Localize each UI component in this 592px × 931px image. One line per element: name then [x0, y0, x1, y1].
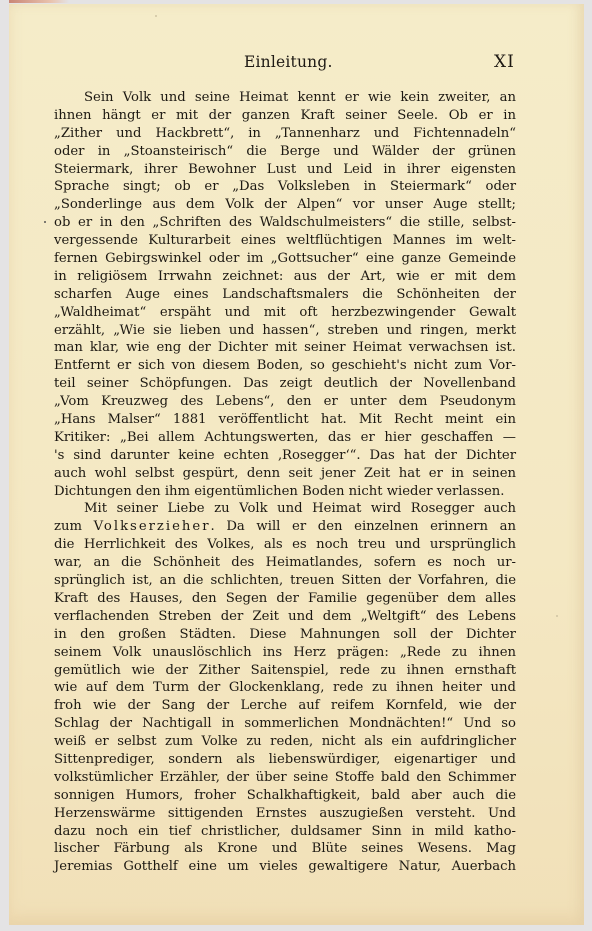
text-line: Schlag der Nachtigall in sommerlichen Mo…: [54, 715, 516, 733]
text-line: teil seiner Schöpfungen. Das zeigt deutl…: [54, 375, 516, 393]
text-line: Sprache singt; ob er „Das Volksleben in …: [54, 178, 516, 196]
text-line: „Waldheimat“ erspäht und mit oft herzbez…: [54, 304, 516, 322]
text-line: weiß er selbst zum Volke zu reden, nicht…: [54, 733, 516, 751]
page-number: XI: [494, 52, 515, 72]
margin-dot: [44, 221, 46, 223]
emphasized-word: Volkserzieher: [94, 519, 211, 534]
text-line: in den großen Städten. Diese Mahnungen s…: [54, 626, 516, 644]
text-line: wie auf dem Turm der Glockenklang, rede …: [54, 679, 516, 697]
text-line: fernen Gebirgswinkel oder im „Gottsucher…: [54, 250, 516, 268]
text-line: ob er in den „Schriften des Waldschulmei…: [54, 214, 516, 232]
text-line: ihnen hängt er mit der ganzen Kraft sein…: [54, 107, 516, 125]
paper-speck: [556, 615, 558, 617]
text-line: war, an die Schönheit des Heimatlandes, …: [54, 554, 516, 572]
page-corner-mark: [9, 0, 69, 3]
text-line: „Zither und Hackbrett“, in „Tannenharz u…: [54, 125, 516, 143]
text-line: erzählt, „Wie sie lieben und hassen“, st…: [54, 322, 516, 340]
text-line: Kraft des Hauses, den Segen der Familie …: [54, 590, 516, 608]
text-line: „Vom Kreuzweg des Lebens“, den er unter …: [54, 393, 516, 411]
text-line: Dichtungen den ihm eigentümlichen Boden …: [54, 483, 516, 501]
text-line: Herzenswärme sittigenden Ernstes auszugi…: [54, 805, 516, 823]
text-line: lischer Färbung als Krone und Blüte sein…: [54, 840, 516, 858]
text-line: in religiösem Irrwahn zeichnet: aus der …: [54, 268, 516, 286]
text-line: Entfernt er sich von diesem Boden, so ge…: [54, 357, 516, 375]
text-line: oder in „Stoansteirisch“ die Berge und W…: [54, 143, 516, 161]
text-line: auch wohl selbst gespürt, denn seit jene…: [54, 465, 516, 483]
text-line: seinem Volk unauslöschlich ins Herz präg…: [54, 644, 516, 662]
text-line: zum Volkserzieher. Da will er den einzel…: [54, 518, 516, 536]
text-line: sonnigen Humors, froher Schalkhaftigkeit…: [54, 787, 516, 805]
text-line: Sittenprediger, sondern als liebenswürdi…: [54, 751, 516, 769]
running-title: Einleitung.: [244, 53, 333, 71]
text-line: verflachenden Streben der Zeit und dem „…: [54, 608, 516, 626]
text-line: vergessende Kulturarbeit eines weltflüch…: [54, 232, 516, 250]
paper-speck: [155, 15, 157, 17]
text-line: dazu noch ein tief christlicher, duldsam…: [54, 823, 516, 841]
running-head: Einleitung. XI: [0, 53, 592, 73]
text-line: Steiermark, ihrer Bewohner Lust und Leid…: [54, 161, 516, 179]
text-line: sprünglich ist, an die schlichten, treue…: [54, 572, 516, 590]
text-line: Jeremias Gotthelf eine um vieles gewalti…: [54, 858, 516, 876]
text-line: froh wie der Sang der Lerche auf reifem …: [54, 697, 516, 715]
text-line: gemütlich wie der Zither Saitenspiel, re…: [54, 662, 516, 680]
text-line: Mit seiner Liebe zu Volk und Heimat wird…: [54, 500, 516, 518]
text-line: scharfen Auge eines Landschaftsmalers di…: [54, 286, 516, 304]
text-line: 's sind darunter keine echten ‚Rosegger‘…: [54, 447, 516, 465]
text-line: die Herrlichkeit des Volkes, als es noch…: [54, 536, 516, 554]
body-text: Sein Volk und seine Heimat kennt er wie …: [54, 89, 516, 876]
text-line: Sein Volk und seine Heimat kennt er wie …: [54, 89, 516, 107]
text-line: Kritiker: „Bei allem Achtungswerten, das…: [54, 429, 516, 447]
text-line: volkstümlicher Erzähler, der über seine …: [54, 769, 516, 787]
text-line: „Sonderlinge aus dem Volk der Alpen“ vor…: [54, 196, 516, 214]
text-line: „Hans Malser“ 1881 veröffentlicht hat. M…: [54, 411, 516, 429]
text-line: man klar, wie eng der Dichter mit seiner…: [54, 339, 516, 357]
